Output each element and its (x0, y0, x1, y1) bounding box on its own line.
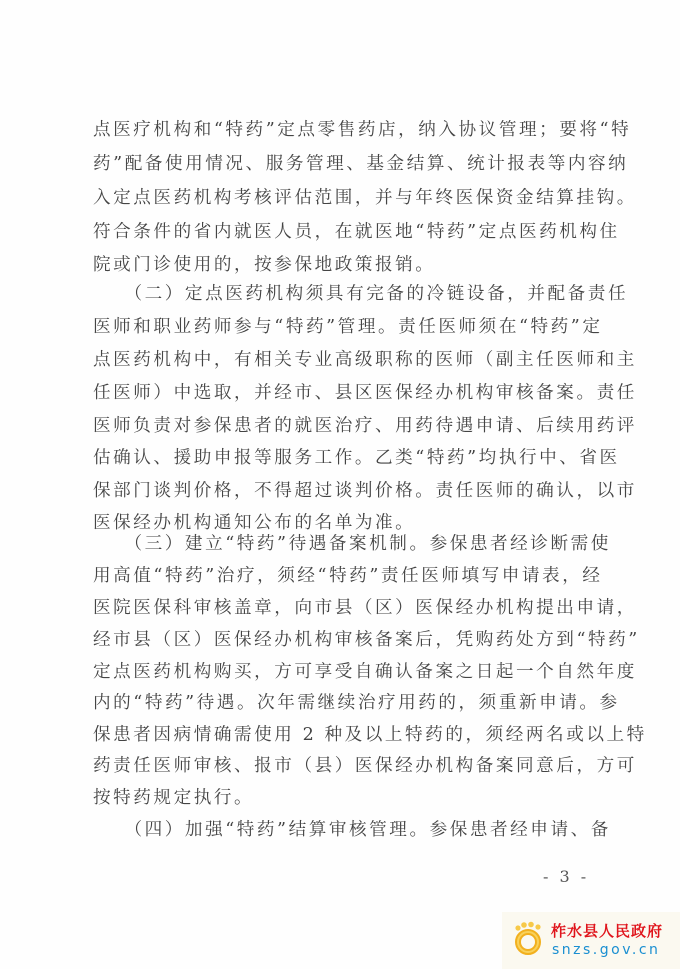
text-line: 医师和职业药师参与“特药”管理。责任医师须在“特药”定 (93, 315, 593, 339)
text-line: 药”配备使用情况、服务管理、基金结算、统计报表等内容纳 (93, 152, 593, 176)
paw-logo-icon (512, 920, 546, 956)
document-page: 点医疗机构和“特药”定点零售药店，纳入协议管理；要将“特 药”配备使用情况、服务… (0, 0, 680, 969)
text-line: （三）建立“特药”待遇备案机制。参保患者经诊断需使 (93, 532, 593, 556)
text-line: （二）定点医药机构须具有完备的冷链设备，并配备责任 (93, 282, 593, 306)
text-line: 院或门诊使用的，按参保地政策报销。 (93, 253, 593, 277)
watermark-title: 柞水县人民政府 (551, 920, 663, 941)
text-line: （四）加强“特药”结算审核管理。参保患者经申请、备 (93, 818, 593, 842)
text-line: 任医师）中选取，并经市、县区医保经办机构审核备案。责任 (93, 381, 593, 405)
text-line: 经市县（区）医保经办机构审核备案后，凭购药处方到“特药” (93, 628, 593, 652)
page-number: - 3 - (543, 867, 589, 886)
text-line: 点医药机构中，有相关专业高级职称的医师（副主任医师和主 (93, 348, 593, 372)
text-line: 内的“特药”待遇。次年需继续治疗用药的，须重新申请。参 (93, 691, 593, 715)
text-line: 用高值“特药”治疗，须经“特药”责任医师填写申请表，经 (93, 564, 593, 588)
text-line: 医院医保科审核盖章，向市县（区）医保经办机构提出申请， (93, 596, 593, 620)
watermark-url[interactable]: snzs.gov.cn (552, 942, 660, 958)
site-watermark[interactable]: 柞水县人民政府 snzs.gov.cn (502, 912, 680, 969)
text-line: 点医疗机构和“特药”定点零售药店，纳入协议管理；要将“特 (93, 118, 593, 142)
text-line: 药责任医师审核、报市（县）医保经办机构备案同意后，方可 (93, 754, 593, 778)
text-line: 按特药规定执行。 (93, 786, 593, 810)
text-line: 保部门谈判价格，不得超过谈判价格。责任医师的确认，以市 (93, 479, 593, 503)
text-line: 定点医药机构购买，方可享受自确认备案之日起一个自然年度 (93, 660, 593, 684)
text-line: 医师负责对参保患者的就医治疗、用药待遇申请、后续用药评 (93, 414, 593, 438)
text-line: 符合条件的省内就医人员，在就医地“特药”定点医药机构住 (93, 220, 593, 244)
text-line: 入定点医药机构考核评估范围，并与年终医保资金结算挂钩。 (93, 186, 593, 210)
text-line: 保患者因病情确需使用 2 种及以上特药的，须经两名或以上特 (93, 723, 593, 747)
text-line: 估确认、援助申报等服务工作。乙类“特药”均执行中、省医 (93, 446, 593, 470)
